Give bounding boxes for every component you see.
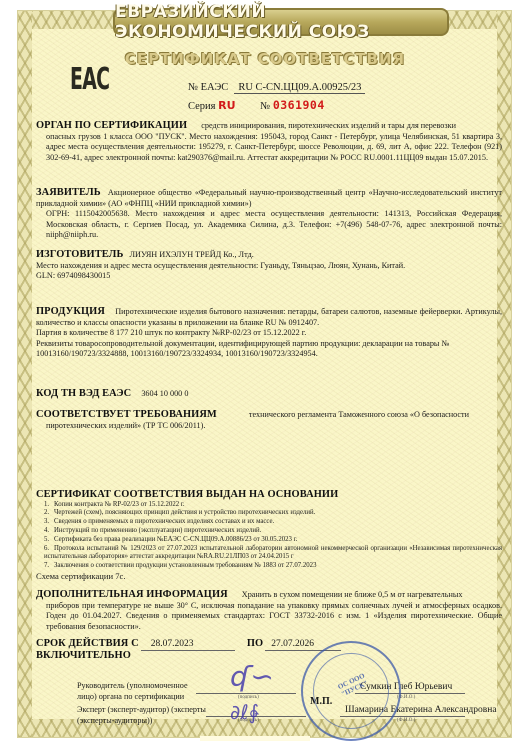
expert-label: Эксперт (эксперт-аудитор) (эксперты (экс… [77,705,207,726]
basis-item: 2.Чертежей (схем), поясняющих принцип де… [44,509,502,518]
series-label: Серия [188,101,216,112]
certification-body-text: опасных грузов 1 класса ООО "ПУСК". Мест… [36,132,502,164]
basis-item: 3.Сведения о применяемых в пиротехническ… [44,518,502,527]
requirements-text-first: технического регламента Таможенного союз… [249,410,469,419]
stamp-text: ОС ООО "ПУСК" [330,668,377,701]
validity-from-heading: СРОК ДЕЙСТВИЯ С [36,638,139,649]
basis-item: 7.Заключения о соответствии продукции ус… [44,562,502,571]
certification-body-text-first: средств инициирования, пиротехнических и… [201,121,456,130]
manufacturer-name: ЛИУЯН ИХЭЛУН ТРЕЙД Ко., Лтд. [129,250,253,259]
basis-item: 1.Копии контракта № RP-02/23 от 15.12.20… [44,501,502,510]
applicant-section: ЗАЯВИТЕЛЬ Акционерное общество «Федераль… [36,188,502,241]
additional-info-text-first: Хранить в сухом помещении не ближе 0,5 м… [242,590,463,599]
product-heading: ПРОДУКЦИЯ [36,306,105,317]
head-signature-icon: ʠ∽ [230,660,274,693]
official-stamp-icon: ОС ООО "ПУСК" [301,641,401,741]
blank-number-label: № [260,101,270,112]
applicant-name: Акционерное общество «Федеральный научно… [36,188,502,208]
requirements-section: СООТВЕТСТВУЕТ ТРЕБОВАНИЯМ технического р… [36,410,502,431]
printing-info-strip [200,736,310,741]
basis-item: 4.Инструкций по применению (эксплуатации… [44,527,502,536]
basis-section: СЕРТИФИКАТ СООТВЕТСТВИЯ ВЫДАН НА ОСНОВАН… [36,490,502,582]
applicant-details: ОГРН: 1115042005638. Место нахождения и … [36,209,502,241]
expert-signature-icon: ∂ℓ∳ [230,700,259,724]
requirements-text: пиротехнических изделий» (ТР ТС 006/2011… [36,421,502,432]
head-label: Руководитель (уполномоченное лицо) орган… [77,681,197,702]
product-section: ПРОДУКЦИЯ Пиротехнические изделия бытово… [36,307,502,360]
validity-to-heading: ПО [247,638,263,649]
union-banner: ЕВРАЗИЙСКИЙ ЭКОНОМИЧЕСКИЙ СОЮЗ [113,8,449,36]
additional-info-text: приборов при температуре не выше 30° С, … [36,601,502,633]
tn-ved-value: 3604 10 000 0 [141,389,188,398]
certification-body-heading: ОРГАН ПО СЕРТИФИКАЦИИ [36,120,187,131]
manufacturer-heading: ИЗГОТОВИТЕЛЬ [36,249,123,260]
certificate-number-value: RU C-CN.ЦЦ09.А.00925/23 [234,82,365,94]
validity-section: СРОК ДЕЙСТВИЯ С 28.07.2023 ПО 27.07.2026… [36,639,502,661]
manufacturer-address: Место нахождения и адрес места осуществл… [36,261,502,272]
series-line: Серия RU № 0361904 [188,98,325,112]
applicant-heading: ЗАЯВИТЕЛЬ [36,187,101,198]
certificate-number: № ЕАЭСRU C-CN.ЦЦ09.А.00925/23 [188,82,365,93]
additional-info-heading: ДОПОЛНИТЕЛЬНАЯ ИНФОРМАЦИЯ [36,589,228,600]
requirements-heading: СООТВЕТСТВУЕТ ТРЕБОВАНИЯМ [36,409,217,420]
eac-logo-icon: ЕАС [70,62,109,97]
blank-number-value: 0361904 [273,98,325,112]
basis-item: 6.Протокола испытаний № 129/2023 от 27.0… [44,545,502,563]
manufacturer-section: ИЗГОТОВИТЕЛЬ ЛИУЯН ИХЭЛУН ТРЕЙД Ко., Лтд… [36,250,502,282]
basis-heading: СЕРТИФИКАТ СООТВЕТСТВИЯ ВЫДАН НА ОСНОВАН… [36,490,502,501]
basis-item: 5.Сертификата без права реализации №ЕАЭС… [44,536,502,545]
manufacturer-gln: GLN: 6974098430015 [36,271,502,282]
validity-from-date: 28.07.2023 [141,639,235,651]
certificate-number-label: № ЕАЭС [188,82,228,93]
additional-info-section: ДОПОЛНИТЕЛЬНАЯ ИНФОРМАЦИЯ Хранить в сухо… [36,590,502,632]
certification-scheme: Схема сертификации 7с. [36,571,502,582]
product-documents: Реквизиты товаросопроводительной докумен… [36,339,502,360]
tn-ved-heading: КОД ТН ВЭД ЕАЭС [36,388,131,399]
certification-body-section: ОРГАН ПО СЕРТИФИКАЦИИ средств инициирова… [36,121,502,163]
basis-list: 1.Копии контракта № RP-02/23 от 15.12.20… [36,501,502,571]
product-batch: Партия в количестве 8 177 210 штук по ко… [36,328,502,339]
product-description: Пиротехнические изделия бытового назначе… [36,307,502,327]
series-value: RU [218,99,235,112]
expert-name-caption: (Ф.И.О.) [397,718,415,723]
ornamental-border-left [18,11,32,737]
head-signature-line [196,693,296,694]
tn-ved-section: КОД ТН ВЭД ЕАЭС 3604 10 000 0 [36,389,502,400]
